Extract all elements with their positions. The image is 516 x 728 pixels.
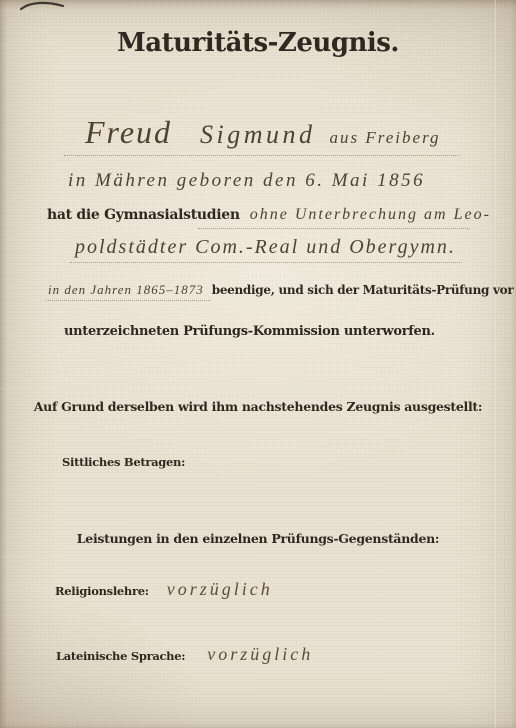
paper-edge-shadow-top [0, 0, 516, 10]
pen-stroke-mark [18, 0, 66, 12]
subject-row-latin: Lateinische Sprache: vorzüglich [56, 644, 313, 665]
fill-in-rule-studies [198, 228, 470, 229]
subject-grade: vorzüglich [167, 579, 273, 600]
conduct-label: Sittliches Betragen: [62, 455, 185, 469]
document-title: Maturitäts-Zeugnis. [0, 28, 516, 58]
years-line: in den Jahren 1865–1873 beendige, und si… [48, 282, 516, 298]
years-handwritten-text: in den Jahren 1865–1873 [48, 282, 204, 298]
paper-edge-shadow-left [0, 0, 8, 728]
recipient-given-name: Sigmund [200, 120, 316, 150]
subject-label: Religionslehre: [55, 584, 149, 598]
fill-in-rule-name [64, 155, 460, 156]
recipient-origin: aus Freiberg [330, 128, 441, 148]
subject-grade: vorzüglich [207, 644, 313, 665]
studies-printed-text: hat die Gymnasialstudien [47, 207, 240, 223]
fill-in-rule-years [46, 300, 211, 301]
school-line: poldstädter Com.-Real und Obergymn. [75, 236, 456, 259]
studies-line: hat die Gymnasialstudien ohne Unterbrech… [47, 206, 491, 224]
subject-row-religion: Religionslehre: vorzüglich [55, 579, 273, 600]
fill-in-rule-school [70, 262, 462, 263]
birth-line: in Mähren geboren den 6. Mai 1856 [68, 170, 425, 192]
statement-line: Auf Grund derselben wird ihm nachstehend… [0, 399, 516, 414]
crease-line-lower [0, 556, 516, 558]
crease-line-upper [0, 388, 516, 390]
fold-line-vertical [494, 0, 496, 728]
commission-line: unterzeichneten Prüfungs-Kommission unte… [64, 324, 435, 339]
years-printed-text: beendige, und sich der Maturitäts-Prüfun… [212, 283, 516, 297]
certificate-page: Maturitäts-Zeugnis. Freud Sigmund aus Fr… [0, 0, 516, 728]
performance-heading: Leistungen in den einzelnen Prüfungs-Geg… [0, 531, 516, 546]
name-line: Freud Sigmund aus Freiberg [85, 114, 441, 151]
recipient-surname: Freud [85, 114, 172, 151]
studies-handwritten-text: ohne Unterbrechung am Leo- [250, 206, 491, 224]
subject-label: Lateinische Sprache: [56, 649, 185, 663]
